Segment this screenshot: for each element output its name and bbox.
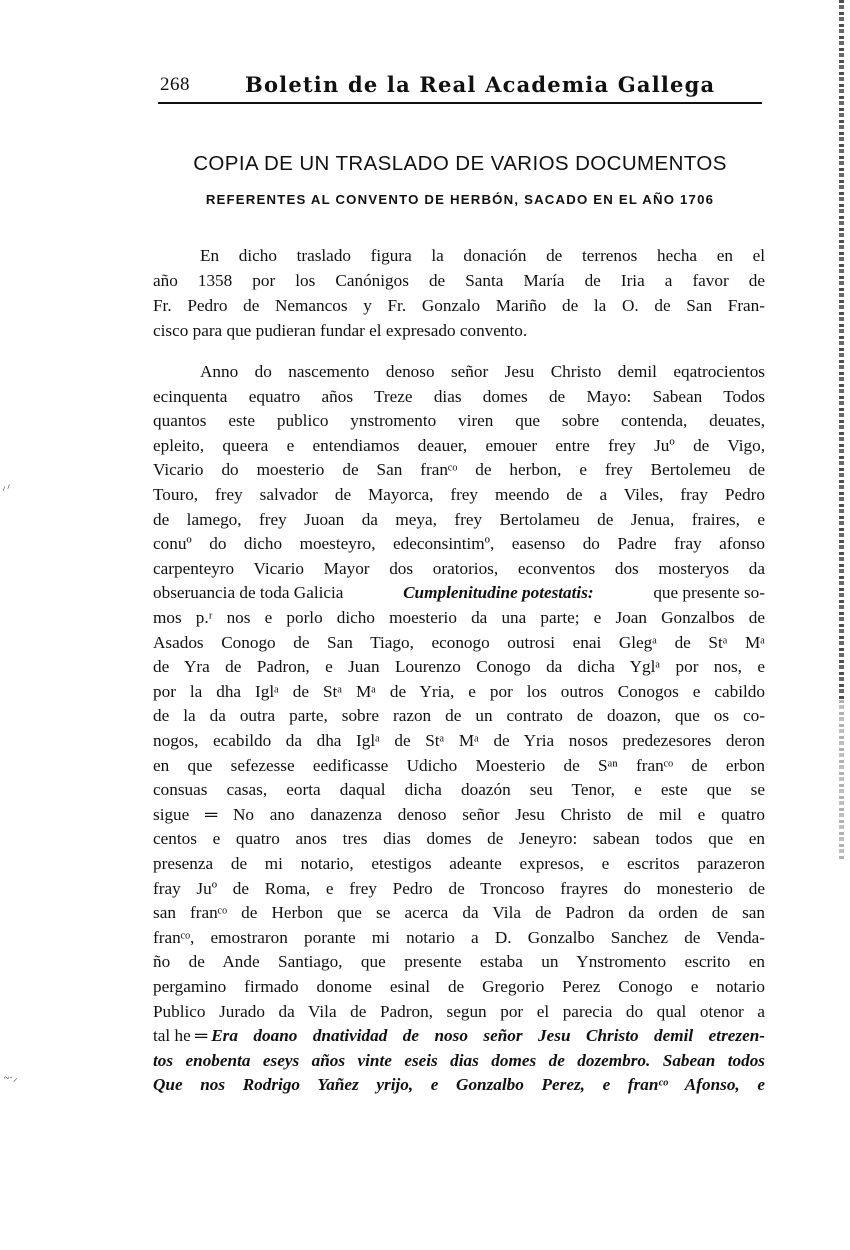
- document-line: de lamego, frey Juoan da meya, frey Bert…: [153, 509, 765, 531]
- document-line-italic: Que nos Rodrigo Yañez yrijo, e Gonzalbo …: [153, 1074, 765, 1096]
- document-line: en que sefezesse eedificasse Udicho Moes…: [153, 755, 765, 777]
- margin-scratch-mark: ~·⸝: [4, 1070, 18, 1084]
- document-line: pergamino firmado donome esinal de Grego…: [153, 976, 765, 998]
- document-line: presenza de mi notario, etestigos adeant…: [153, 853, 765, 875]
- document-line: ecinquenta equatro años Treze dias domes…: [153, 386, 765, 408]
- document-line: epleito, queera e entendiamos deauer, em…: [153, 435, 765, 457]
- document-line: mos p.ʳ nos e porlo dicho moesterio da u…: [153, 607, 765, 629]
- scanned-page: ⸝⸝ ~·⸝ 268 Boletin de la Real Academia G…: [0, 0, 850, 1250]
- document-line: nogos, ecabildo da dha Iglᵃ de Stᵃ Mᵃ de…: [153, 730, 765, 752]
- document-line: fray Juº de Roma, e frey Pedro de Tronco…: [153, 878, 765, 900]
- document-line: sigue ═ No ano danazenza denoso señor Je…: [153, 804, 765, 826]
- document-line: ño de Ande Santiago, que presente estaba…: [153, 951, 765, 973]
- document-line: conuº do dicho moesteyro, edeconsintimº,…: [153, 533, 765, 555]
- latin-phrase: Cumplenitudine potestatis:: [403, 582, 594, 604]
- document-line-mixed: tal he ═ Era doano dnatividad de noso se…: [153, 1025, 765, 1047]
- document-text: obseruancia de toda Galicia: [153, 582, 343, 604]
- document-line: carpenteyro Vicario Mayor dos oratorios,…: [153, 558, 765, 580]
- document-line: Vicario do moesterio de San franᶜᵒ de he…: [153, 459, 765, 481]
- document-line: san franᶜᵒ de Herbon que se acerca da Vi…: [153, 902, 765, 924]
- document-line-italic: tos enobenta eseys años vinte eseis dias…: [153, 1050, 765, 1072]
- document-line: centos e quatro anos tres dias domes de …: [153, 828, 765, 850]
- document-line: Publico Jurado da Vila de Padron, segun …: [153, 1001, 765, 1023]
- document-line: quantos este publico ynstromento viren q…: [153, 410, 765, 432]
- intro-line: Fr. Pedro de Nemancos y Fr. Gonzalo Mari…: [153, 295, 765, 317]
- intro-line: En dicho traslado figura la donación de …: [200, 245, 765, 267]
- quoted-document-text: tos enobenta eseys años vinte eseis dias…: [153, 1050, 765, 1072]
- document-line-mixed: obseruancia de toda Galicia Cumplenitudi…: [153, 582, 765, 604]
- document-line: Touro, frey salvador de Mayorca, frey me…: [153, 484, 765, 506]
- document-line: consuas casas, eorta daqual dicha doazón…: [153, 779, 765, 801]
- quoted-document-text: Que nos Rodrigo Yañez yrijo, e Gonzalbo …: [153, 1074, 765, 1096]
- running-title: Boletin de la Real Academia Gallega: [245, 72, 715, 97]
- running-header: 268 Boletin de la Real Academia Gallega: [160, 72, 760, 100]
- article-subtitle: REFERENTES AL CONVENTO DE HERBÓN, SACADO…: [150, 192, 770, 207]
- article-title: COPIA DE UN TRASLADO DE VARIOS DOCUMENTO…: [150, 152, 770, 176]
- page-number: 268: [160, 74, 190, 96]
- document-text: que presente so-: [653, 582, 765, 604]
- page-edge-shadow-lower: [839, 700, 844, 860]
- document-line: franᶜᵒ, emostraron porante mi notario a …: [153, 927, 765, 949]
- document-line: de Yra de Padron, e Juan Lourenzo Conogo…: [153, 656, 765, 678]
- document-line: Asados Conogo de San Tiago, econogo outr…: [153, 632, 765, 654]
- intro-line: cisco para que pudieran fundar el expres…: [153, 320, 765, 342]
- intro-line: año 1358 por los Canónigos de Santa Marí…: [153, 270, 765, 292]
- header-rule: [158, 102, 762, 104]
- page-edge-shadow: [839, 0, 844, 700]
- quoted-document-text: Era doano dnatividad de noso señor Jesu …: [211, 1025, 765, 1047]
- document-line: de la da outra parte, sobre razon de un …: [153, 705, 765, 727]
- document-text: tal he ═: [153, 1025, 207, 1047]
- document-line: por la dha Iglᵃ de Stᵃ Mᵃ de Yria, e por…: [153, 681, 765, 703]
- margin-scratch-mark: ⸝⸝: [0, 477, 12, 494]
- document-line: Anno do nascemento denoso señor Jesu Chr…: [200, 361, 765, 383]
